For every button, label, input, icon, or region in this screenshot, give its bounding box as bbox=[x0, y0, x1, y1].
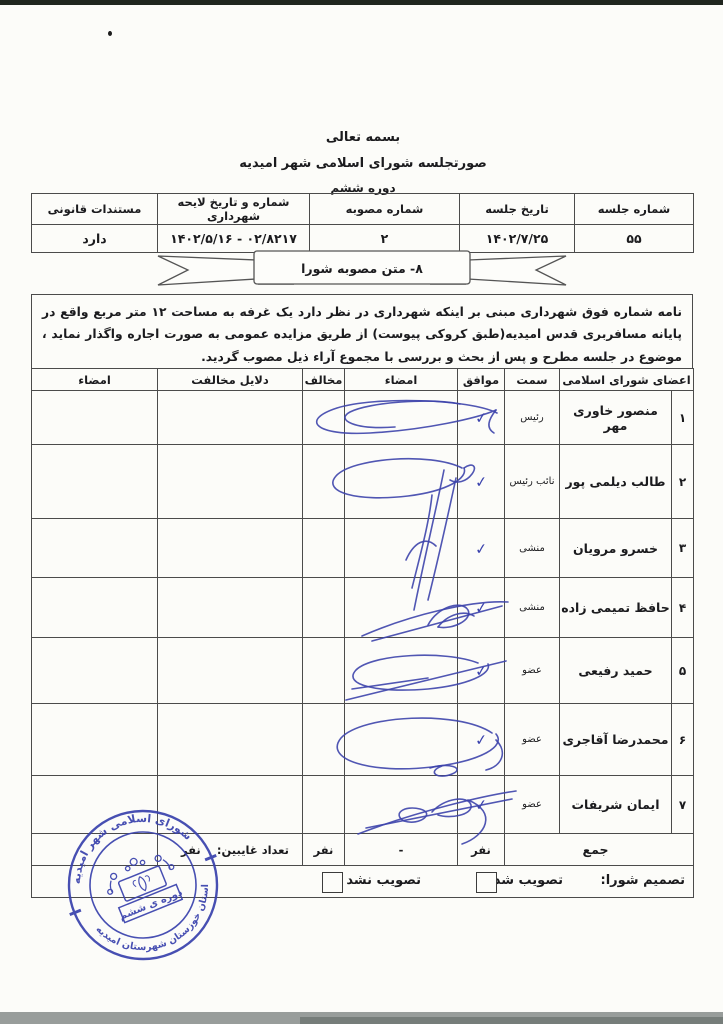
member-name: حافظ تمیمی زاده bbox=[560, 578, 672, 638]
col-session-date: تاریخ جلسه bbox=[460, 194, 575, 225]
rejected-checkbox[interactable] bbox=[322, 872, 343, 893]
resolution-text: نامه شماره فوق شهرداری مبنی بر اینکه شهر… bbox=[42, 301, 682, 368]
ribbon-left-tail bbox=[158, 256, 256, 285]
member-name: منصور خاوری مهر bbox=[560, 391, 672, 445]
signature-cell bbox=[345, 578, 458, 638]
col-agree: موافق bbox=[458, 369, 505, 391]
member-position: نائب رئیس bbox=[505, 445, 560, 519]
agree-checkmark: ✓ bbox=[474, 408, 488, 427]
col-resolution-number: شماره مصوبه bbox=[310, 194, 460, 225]
member-row-1: ۱ منصور خاوری مهر رئیس ✓ bbox=[32, 391, 694, 445]
col-members: اعضای شورای اسلامی bbox=[560, 369, 694, 391]
resolution-text-box: نامه شماره فوق شهرداری مبنی بر اینکه شهر… bbox=[31, 294, 693, 368]
member-position: عضو bbox=[505, 704, 560, 776]
scan-edge-top bbox=[0, 0, 723, 5]
oppose-count: نفر bbox=[303, 834, 345, 866]
col-position: سمت bbox=[505, 369, 560, 391]
stamp-banner-text: دوره ی ششم bbox=[118, 887, 184, 922]
ink-dot-artifact bbox=[108, 31, 112, 36]
ribbon-right-tail bbox=[468, 256, 566, 285]
scanned-document-page: بسمه تعالی صورتجلسه شورای اسلامی شهر امی… bbox=[0, 0, 723, 1024]
col-oppose-reasons: دلایل مخالفت bbox=[158, 369, 303, 391]
signature-cell bbox=[345, 776, 458, 834]
member-name: طالب دیلمی پور bbox=[560, 445, 672, 519]
signature-cell bbox=[345, 638, 458, 704]
col-signature: امضاء bbox=[345, 369, 458, 391]
bismillah-text: بسمه تعالی bbox=[32, 130, 694, 145]
agree-checkmark: ✓ bbox=[474, 472, 488, 491]
row-number: ۷ bbox=[672, 776, 694, 834]
signature-total: - bbox=[345, 834, 458, 866]
session-number-value: ۵۵ bbox=[575, 225, 694, 253]
member-name: محمدرضا آقاجری bbox=[560, 704, 672, 776]
col-legal-docs: مستندات قانونی bbox=[32, 194, 158, 225]
signature-cell bbox=[345, 445, 458, 519]
member-position: منشی bbox=[505, 578, 560, 638]
session-info-table: شماره جلسه تاریخ جلسه شماره مصوبه شماره … bbox=[31, 193, 694, 253]
member-position: عضو bbox=[505, 776, 560, 834]
signature-cell bbox=[345, 391, 458, 445]
ribbon-label: ۸- متن مصوبه شورا bbox=[301, 261, 423, 276]
totals-label: جمع bbox=[505, 834, 694, 866]
council-round-stamp: شورای اسلامی شهر امیدیه استان خوزستان شه… bbox=[40, 787, 246, 993]
col-signature-2: امضاء bbox=[32, 369, 158, 391]
agree-checkmark: ✓ bbox=[474, 598, 488, 617]
member-name: خسرو مرویان bbox=[560, 519, 672, 578]
col-oppose: مخالف bbox=[303, 369, 345, 391]
agree-checkmark: ✓ bbox=[474, 661, 488, 680]
member-position: منشی bbox=[505, 519, 560, 578]
stamp-arc-top-text: شورای اسلامی شهر امیدیه bbox=[53, 792, 196, 889]
agree-checkmark: ✓ bbox=[474, 795, 488, 814]
member-row-6: ۶ محمدرضا آقاجری عضو ✓ bbox=[32, 704, 694, 776]
legal-docs-value: دارد bbox=[32, 225, 158, 253]
agree-checkmark: ✓ bbox=[474, 730, 488, 749]
decision-label: تصمیم شورا: bbox=[601, 873, 686, 888]
member-row-5: ۵ حمید رفیعی عضو ✓ bbox=[32, 638, 694, 704]
member-name: ایمان شریفات bbox=[560, 776, 672, 834]
section-ribbon: ۸- متن مصوبه شورا bbox=[148, 246, 576, 292]
approved-checkmark: ✓ bbox=[478, 866, 507, 880]
member-position: عضو bbox=[505, 638, 560, 704]
signature-cell bbox=[345, 519, 458, 578]
document-title: صورتجلسه شورای اسلامی شهر امیدیه bbox=[32, 156, 694, 171]
row-number: ۱ bbox=[672, 391, 694, 445]
rejected-label: تصویب نشد bbox=[346, 873, 421, 888]
signature-cell bbox=[345, 704, 458, 776]
member-row-2: ۲ طالب دیلمی پور نائب رئیس ✓ bbox=[32, 445, 694, 519]
member-position: رئیس bbox=[505, 391, 560, 445]
row-number: ۵ bbox=[672, 638, 694, 704]
agree-checkmark: ✓ bbox=[474, 539, 488, 558]
member-row-3: ۳ خسرو مرویان منشی ✓ bbox=[32, 519, 694, 578]
agree-count: نفر bbox=[458, 834, 505, 866]
col-bill-number-date: شماره و تاریخ لایحه شهرداری bbox=[158, 194, 310, 225]
row-number: ۴ bbox=[672, 578, 694, 638]
member-row-4: ۴ حافظ تمیمی زاده منشی ✓ bbox=[32, 578, 694, 638]
row-number: ۳ bbox=[672, 519, 694, 578]
iran-emblem-icon bbox=[137, 876, 148, 892]
row-number: ۶ bbox=[672, 704, 694, 776]
row-number: ۲ bbox=[672, 445, 694, 519]
stamp-floral-motifs bbox=[100, 845, 175, 895]
member-name: حمید رفیعی bbox=[560, 638, 672, 704]
col-session-number: شماره جلسه bbox=[575, 194, 694, 225]
